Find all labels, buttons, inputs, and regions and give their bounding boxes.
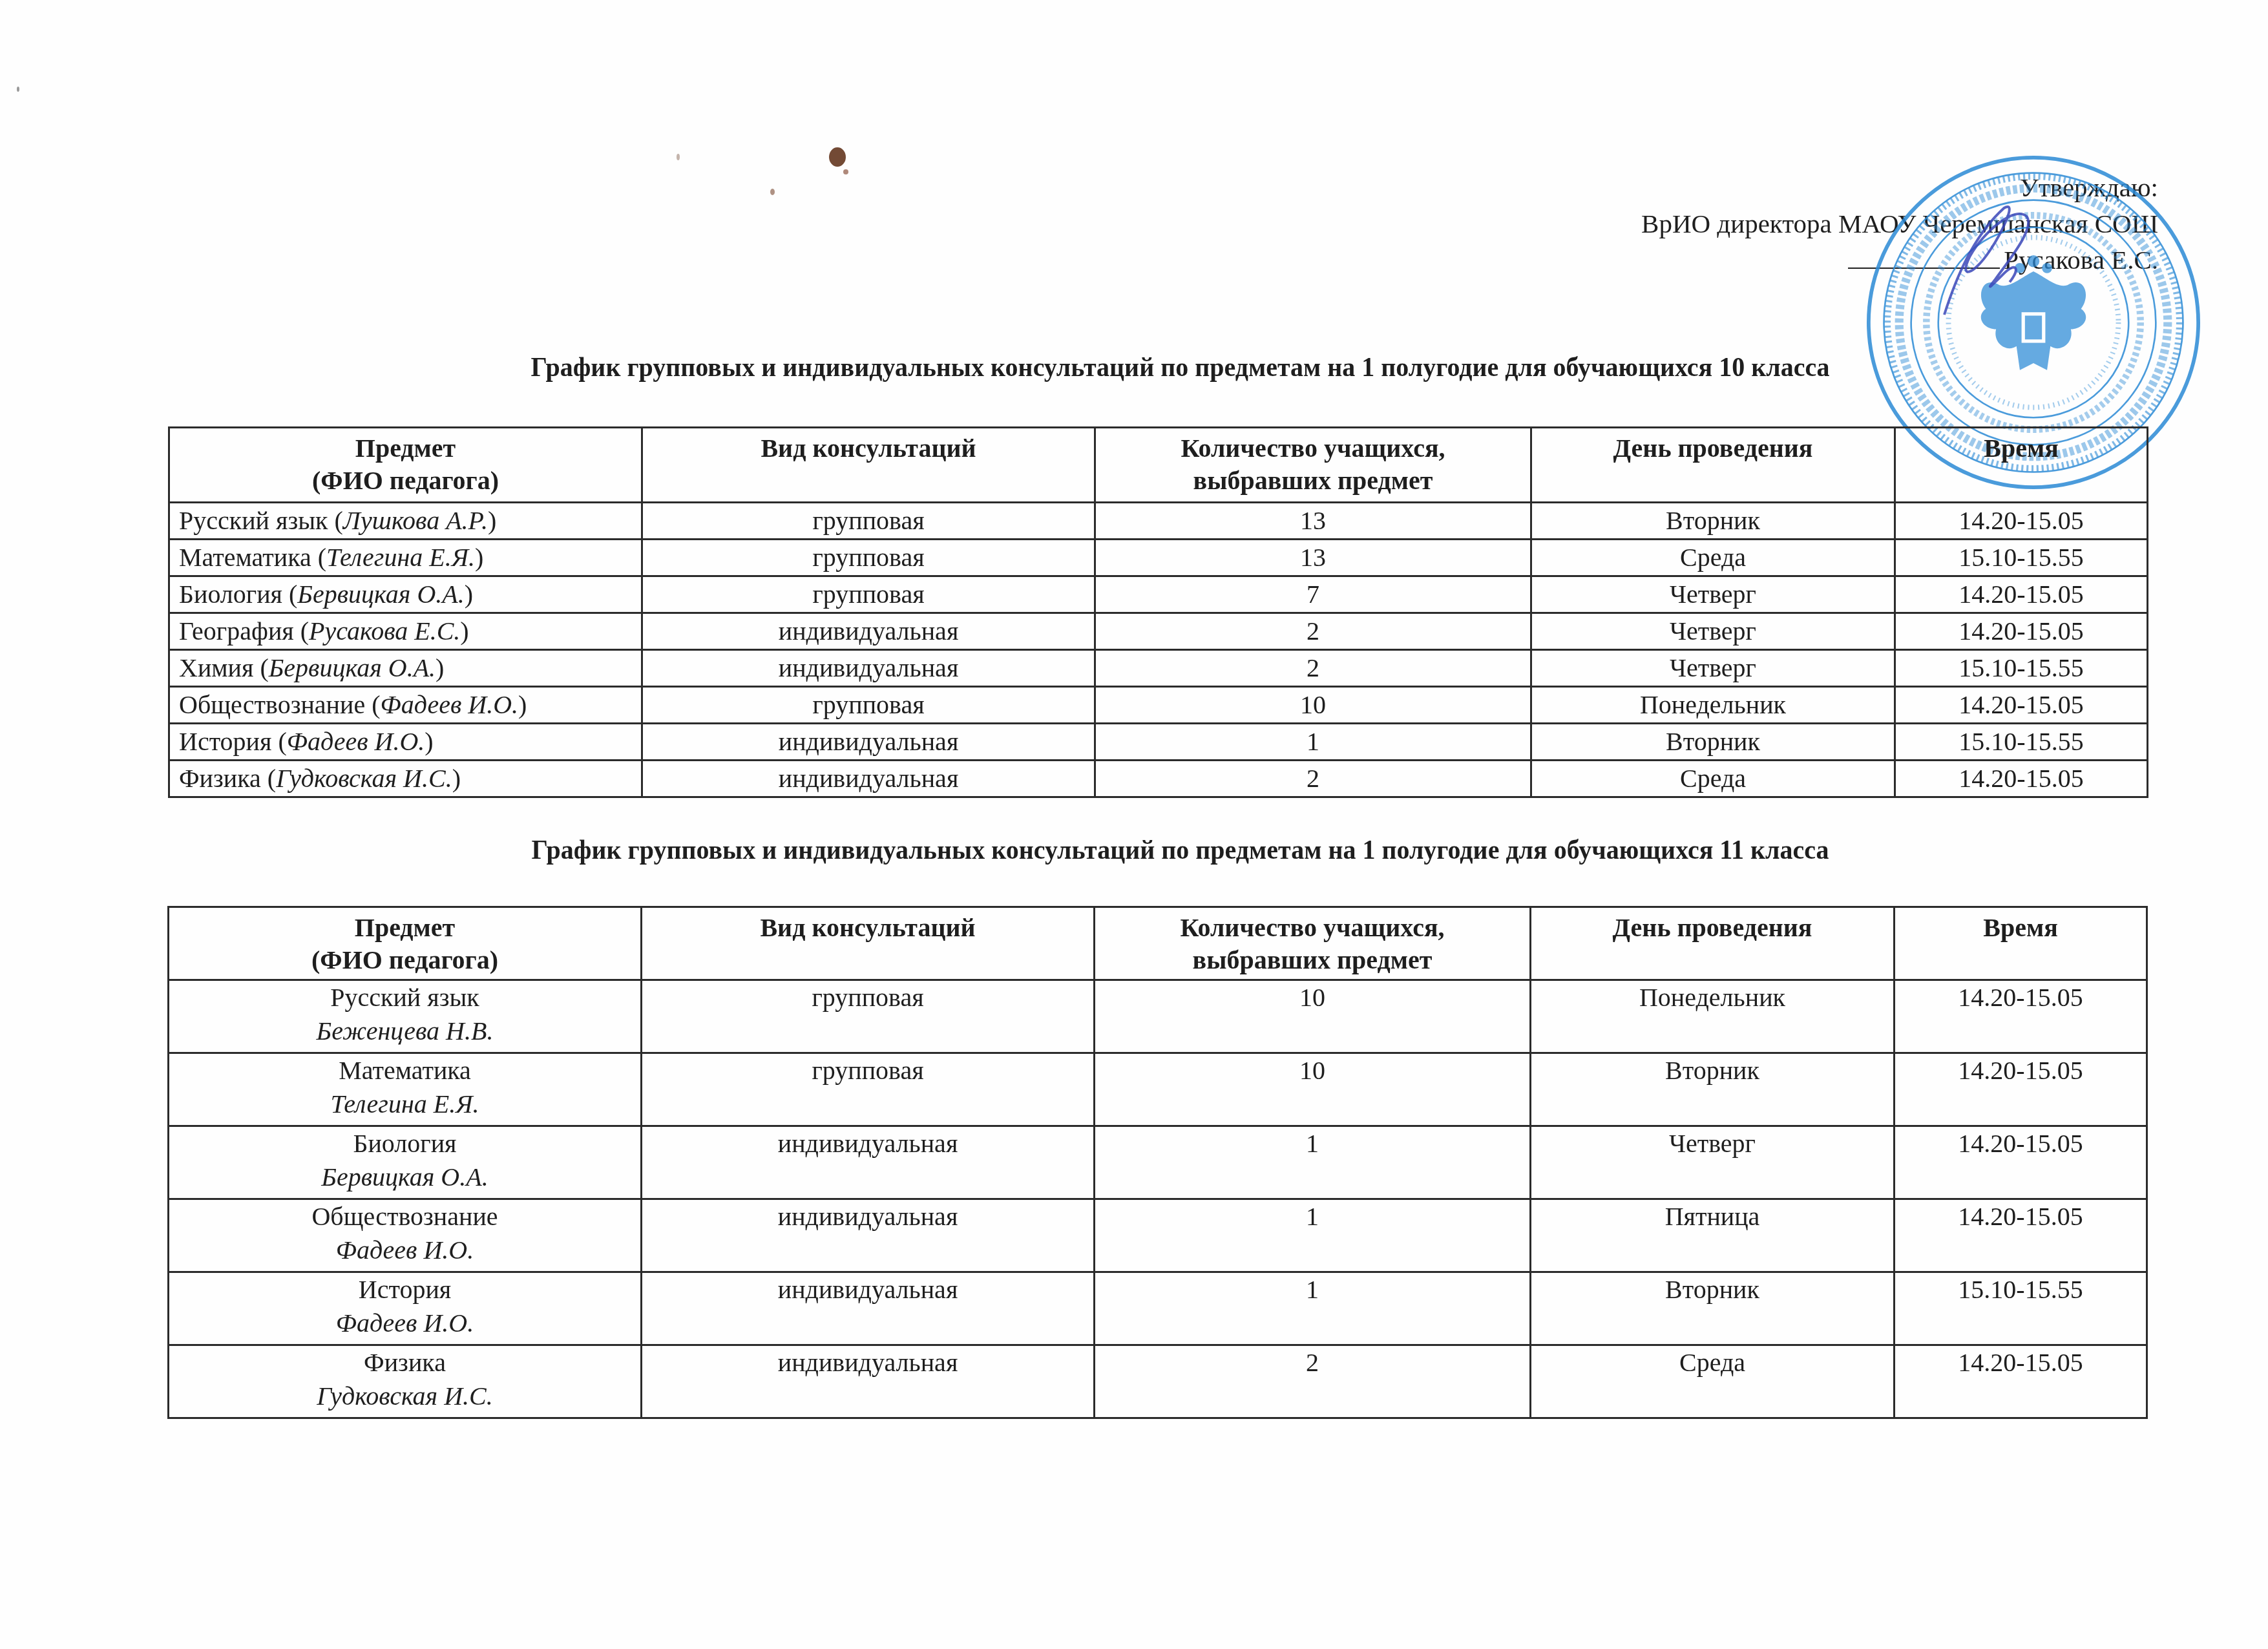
header-type: Вид консультаций [642, 428, 1095, 503]
cell-subject: Химия (Бервицкая О.А.) [169, 650, 642, 687]
cell-day: Четверг [1531, 576, 1895, 613]
subject-name: Химия [179, 653, 253, 682]
cell-type: индивидуальная [642, 761, 1095, 797]
cell-time: 14.20-15.05 [1895, 613, 2148, 650]
subject-name: Физика [179, 764, 261, 793]
scan-speck [770, 189, 775, 195]
cell-time: 14.20-15.05 [1895, 503, 2148, 540]
grade10-table-body: Русский язык (Лушкова А.Р.)групповая13Вт… [169, 503, 2148, 797]
teacher-name: Гудковская И.С. [317, 1381, 493, 1411]
cell-day: Вторник [1531, 724, 1895, 761]
header-time: Время [1895, 428, 2148, 503]
header-subject-line1: Предмет [355, 434, 456, 463]
cell-subject: Биология (Бервицкая О.А.) [169, 576, 642, 613]
cell-time: 14.20-15.05 [1895, 687, 2148, 724]
table-row: Физика (Гудковская И.С.)индивидуальная2С… [169, 761, 2148, 797]
cell-count: 7 [1095, 576, 1531, 613]
cell-subject: Математика (Телегина Е.Я.) [169, 540, 642, 576]
cell-day: Пятница [1531, 1199, 1895, 1272]
header-subject: Предмет(ФИО педагога) [169, 428, 642, 503]
header-type: Вид консультаций [642, 907, 1095, 980]
approver-name: Русакова Е.С. [2004, 245, 2158, 275]
cell-day: Вторник [1531, 1272, 1895, 1345]
cell-type: групповая [642, 687, 1095, 724]
cell-day: Четверг [1531, 650, 1895, 687]
subject-name: Русский язык [179, 506, 328, 535]
header-subject-line1: Предмет [355, 913, 455, 942]
table-row: ФизикаГудковская И.С.индивидуальная2Сред… [169, 1345, 2147, 1418]
cell-subject: География (Русакова Е.С.) [169, 613, 642, 650]
subject-name: Физика [364, 1348, 446, 1377]
cell-count: 2 [1095, 650, 1531, 687]
cell-time: 14.20-15.05 [1895, 1199, 2147, 1272]
approver-name-line: Русакова Е.С. [1641, 242, 2158, 278]
teacher-name: Фадеев И.О. [336, 1308, 474, 1338]
subject-name: История [359, 1275, 451, 1304]
table-row: География (Русакова Е.С.)индивидуальная2… [169, 613, 2148, 650]
header-subject: Предмет(ФИО педагога) [169, 907, 642, 980]
header-subject-line2: (ФИО педагога) [312, 466, 499, 495]
cell-type: индивидуальная [642, 724, 1095, 761]
teacher-name: Бервицкая О.А. [269, 653, 436, 682]
header-count: Количество учащихся,выбравших предмет [1095, 907, 1531, 980]
table-row: Русский язык (Лушкова А.Р.)групповая13Вт… [169, 503, 2148, 540]
subject-name: Обществознание [311, 1202, 498, 1231]
cell-day: Понедельник [1531, 687, 1895, 724]
scan-speck [17, 87, 19, 92]
teacher-name: Фадеев И.О. [381, 690, 519, 719]
cell-day: Вторник [1531, 1053, 1895, 1126]
cell-count: 10 [1095, 687, 1531, 724]
cell-type: групповая [642, 503, 1095, 540]
cell-count: 1 [1095, 1126, 1531, 1199]
header-day: День проведения [1531, 907, 1895, 980]
cell-type: индивидуальная [642, 613, 1095, 650]
scan-speck [843, 169, 848, 174]
grade10-schedule-title: График групповых и индивидуальных консул… [152, 352, 2208, 383]
table-row: Русский языкБеженцева Н.В.групповая10Пон… [169, 980, 2147, 1053]
approval-block: Утверждаю: ВрИО директора МАОУ Черемшанс… [1641, 169, 2158, 278]
teacher-name: Лушкова А.Р. [343, 506, 488, 535]
table-row: Химия (Бервицкая О.А.)индивидуальная2Чет… [169, 650, 2148, 687]
scan-speck [829, 147, 846, 167]
teacher-name: Фадеев И.О. [287, 727, 425, 756]
cell-time: 14.20-15.05 [1895, 1053, 2147, 1126]
scan-speck [677, 154, 680, 160]
cell-subject: ФизикаГудковская И.С. [169, 1345, 642, 1418]
cell-subject: Обществознание (Фадеев И.О.) [169, 687, 642, 724]
grade11-table-body: Русский языкБеженцева Н.В.групповая10Пон… [169, 980, 2147, 1418]
cell-type: индивидуальная [642, 1345, 1095, 1418]
cell-count: 13 [1095, 540, 1531, 576]
cell-count: 2 [1095, 613, 1531, 650]
cell-count: 10 [1095, 1053, 1531, 1126]
cell-time: 15.10-15.55 [1895, 650, 2148, 687]
signature-line [1848, 244, 2000, 269]
teacher-name: Телегина Е.Я. [326, 543, 475, 572]
cell-time: 15.10-15.55 [1895, 540, 2148, 576]
scanned-document-page: Утверждаю: ВрИО директора МАОУ Черемшанс… [0, 0, 2268, 1649]
header-count-line1: Количество учащихся, [1181, 434, 1445, 463]
approval-heading: Утверждаю: [1641, 169, 2158, 205]
cell-type: индивидуальная [642, 650, 1095, 687]
teacher-name: Русакова Е.С. [309, 616, 460, 646]
subject-name: Обществознание [179, 690, 365, 719]
table-row: БиологияБервицкая О.А.индивидуальная1Чет… [169, 1126, 2147, 1199]
cell-subject: БиологияБервицкая О.А. [169, 1126, 642, 1199]
cell-count: 13 [1095, 503, 1531, 540]
cell-type: групповая [642, 980, 1095, 1053]
cell-subject: ОбществознаниеФадеев И.О. [169, 1199, 642, 1272]
cell-day: Четверг [1531, 1126, 1895, 1199]
cell-time: 14.20-15.05 [1895, 1126, 2147, 1199]
cell-type: индивидуальная [642, 1126, 1095, 1199]
table-row: МатематикаТелегина Е.Я.групповая10Вторни… [169, 1053, 2147, 1126]
header-count-line2: выбравших предмет [1193, 945, 1433, 974]
cell-subject: Русский язык (Лушкова А.Р.) [169, 503, 642, 540]
cell-count: 10 [1095, 980, 1531, 1053]
cell-time: 14.20-15.05 [1895, 1345, 2147, 1418]
cell-time: 14.20-15.05 [1895, 761, 2148, 797]
cell-time: 15.10-15.55 [1895, 1272, 2147, 1345]
cell-count: 1 [1095, 724, 1531, 761]
cell-day: Среда [1531, 761, 1895, 797]
cell-subject: Физика (Гудковская И.С.) [169, 761, 642, 797]
table-header-row: Предмет(ФИО педагога) Вид консультаций К… [169, 428, 2148, 503]
subject-name: Русский язык [330, 983, 479, 1012]
grade11-schedule-title: График групповых и индивидуальных консул… [152, 834, 2208, 866]
cell-subject: История (Фадеев И.О.) [169, 724, 642, 761]
cell-subject: ИсторияФадеев И.О. [169, 1272, 642, 1345]
grade11-schedule-table: Предмет(ФИО педагога) Вид консультаций К… [167, 906, 2148, 1419]
teacher-name: Беженцева Н.В. [317, 1016, 494, 1045]
header-day: День проведения [1531, 428, 1895, 503]
cell-day: Понедельник [1531, 980, 1895, 1053]
header-count: Количество учащихся,выбравших предмет [1095, 428, 1531, 503]
cell-type: групповая [642, 540, 1095, 576]
teacher-name: Бервицкая О.А. [297, 580, 464, 609]
table-row: Математика (Телегина Е.Я.)групповая13Сре… [169, 540, 2148, 576]
table-row: ИсторияФадеев И.О.индивидуальная1Вторник… [169, 1272, 2147, 1345]
teacher-name: Гудковская И.С. [276, 764, 452, 793]
cell-subject: МатематикаТелегина Е.Я. [169, 1053, 642, 1126]
table-header-row: Предмет(ФИО педагога) Вид консультаций К… [169, 907, 2147, 980]
header-subject-line2: (ФИО педагога) [311, 945, 498, 974]
subject-name: История [179, 727, 271, 756]
cell-type: индивидуальная [642, 1272, 1095, 1345]
subject-name: География [179, 616, 294, 646]
cell-count: 2 [1095, 1345, 1531, 1418]
subject-name: Биология [353, 1129, 456, 1158]
header-count-line2: выбравших предмет [1193, 466, 1433, 495]
table-row: Обществознание (Фадеев И.О.)групповая10П… [169, 687, 2148, 724]
cell-time: 15.10-15.55 [1895, 724, 2148, 761]
cell-type: групповая [642, 1053, 1095, 1126]
cell-type: индивидуальная [642, 1199, 1095, 1272]
teacher-name: Фадеев И.О. [336, 1235, 474, 1265]
cell-count: 2 [1095, 761, 1531, 797]
table-row: Биология (Бервицкая О.А.)групповая7Четве… [169, 576, 2148, 613]
approver-position: ВрИО директора МАОУ Черемшанская СОШ [1641, 205, 2158, 242]
table-row: ОбществознаниеФадеев И.О.индивидуальная1… [169, 1199, 2147, 1272]
cell-subject: Русский языкБеженцева Н.В. [169, 980, 642, 1053]
table-row: История (Фадеев И.О.)индивидуальная1Втор… [169, 724, 2148, 761]
cell-day: Среда [1531, 1345, 1895, 1418]
cell-count: 1 [1095, 1272, 1531, 1345]
cell-day: Четверг [1531, 613, 1895, 650]
header-count-line1: Количество учащихся, [1180, 913, 1444, 942]
cell-count: 1 [1095, 1199, 1531, 1272]
subject-name: Математика [179, 543, 311, 572]
cell-time: 14.20-15.05 [1895, 576, 2148, 613]
subject-name: Математика [339, 1056, 471, 1085]
teacher-name: Телегина Е.Я. [331, 1089, 479, 1119]
subject-name: Биология [179, 580, 282, 609]
cell-type: групповая [642, 576, 1095, 613]
teacher-name: Бервицкая О.А. [321, 1162, 488, 1192]
cell-day: Среда [1531, 540, 1895, 576]
grade10-schedule-table: Предмет(ФИО педагога) Вид консультаций К… [168, 426, 2148, 798]
cell-day: Вторник [1531, 503, 1895, 540]
cell-time: 14.20-15.05 [1895, 980, 2147, 1053]
header-time: Время [1895, 907, 2147, 980]
